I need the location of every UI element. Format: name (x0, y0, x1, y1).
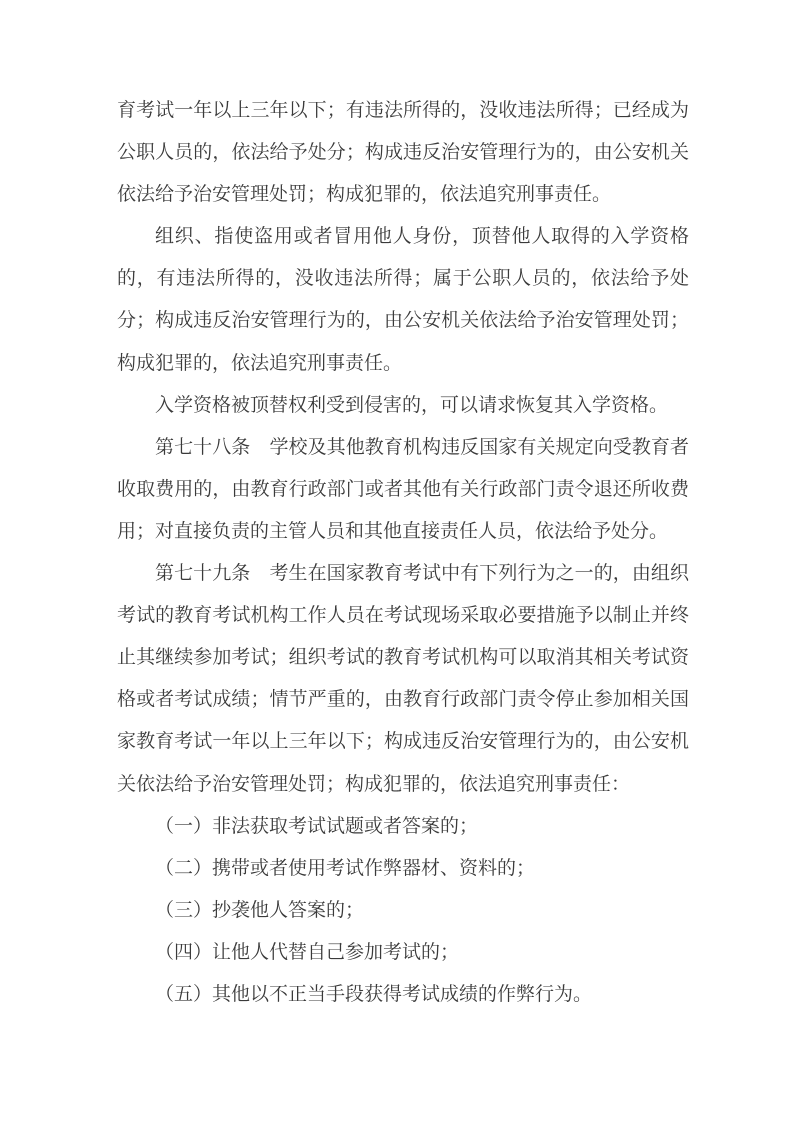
paragraph-continuation: 育考试一年以上三年以下；有违法所得的，没收违法所得；已经成为公职人员的，依法给予… (117, 89, 689, 215)
list-item-2: （二）携带或者使用考试作弊器材、资料的； (117, 847, 689, 889)
list-item-3: （三）抄袭他人答案的； (117, 889, 689, 931)
list-item-1: （一）非法获取考试试题或者答案的； (117, 805, 689, 847)
document-page: 育考试一年以上三年以下；有违法所得的，没收违法所得；已经成为公职人员的，依法给予… (0, 0, 793, 1122)
paragraph-article-78: 第七十八条 学校及其他教育机构违反国家有关规定向受教育者收取费用的，由教育行政部… (117, 426, 689, 552)
document-text-block: 育考试一年以上三年以下；有违法所得的，没收违法所得；已经成为公职人员的，依法给予… (117, 89, 689, 1015)
list-item-4: （四）让他人代替自己参加考试的； (117, 931, 689, 973)
paragraph: 组织、指使盗用或者冒用他人身份，顶替他人取得的入学资格的，有违法所得的，没收违法… (117, 215, 689, 383)
list-item-5: （五）其他以不正当手段获得考试成绩的作弊行为。 (117, 973, 689, 1015)
paragraph: 入学资格被顶替权利受到侵害的，可以请求恢复其入学资格。 (117, 384, 689, 426)
paragraph-article-79: 第七十九条 考生在国家教育考试中有下列行为之一的，由组织考试的教育考试机构工作人… (117, 552, 689, 805)
